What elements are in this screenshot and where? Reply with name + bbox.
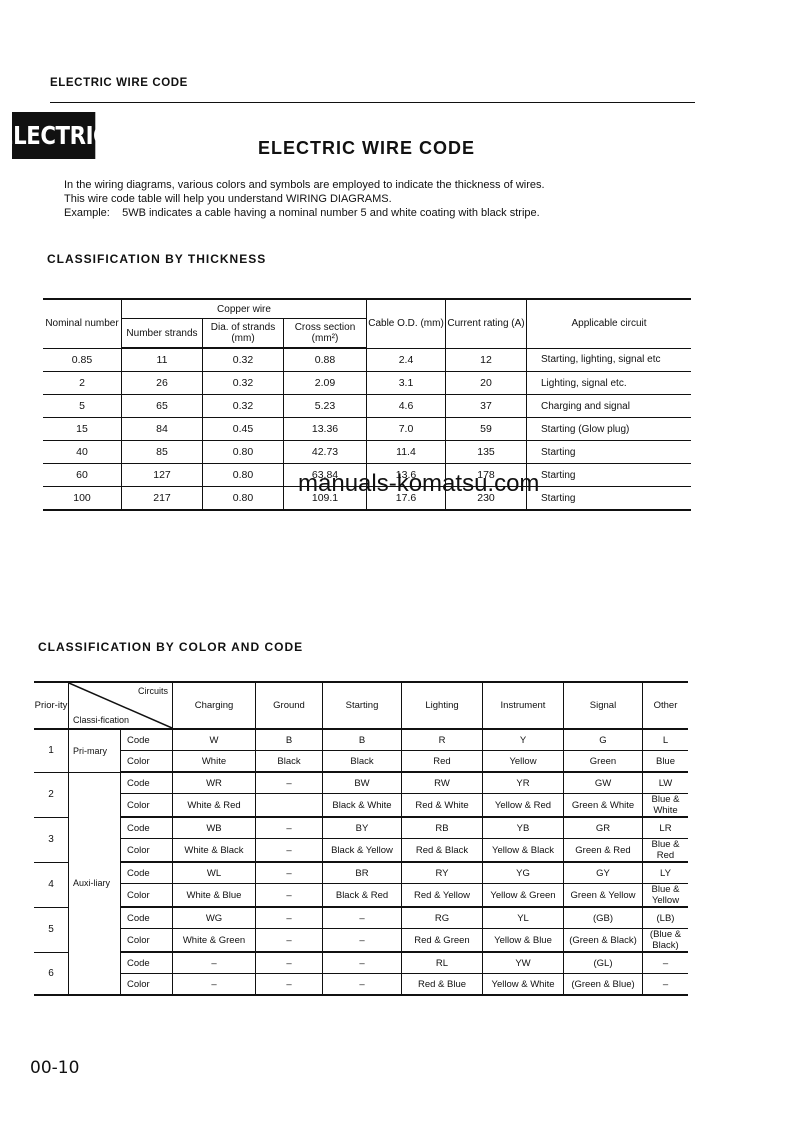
- cell-circuit: Starting: [527, 487, 692, 511]
- col-header-ground: Ground: [256, 682, 323, 729]
- cell-color: –: [323, 974, 402, 996]
- cell-color-label: Color: [121, 794, 173, 818]
- cell-color-label: Color: [121, 929, 173, 953]
- cell-color: Blue & Yellow: [643, 884, 689, 908]
- col-header-dia: Dia. of strands (mm): [203, 319, 284, 349]
- cell-color: Blue & White: [643, 794, 689, 818]
- cell-code: –: [256, 817, 323, 839]
- cell-code: LR: [643, 817, 689, 839]
- table-row: 15840.4513.367.059Starting (Glow plug): [43, 418, 691, 441]
- table-row: 1Pri-maryCodeWBBRYGL: [34, 729, 688, 751]
- cell-color: Red & Black: [402, 839, 483, 863]
- cell-current: 59: [446, 418, 527, 441]
- cell-code: GY: [564, 862, 643, 884]
- cell-dia: 0.32: [203, 348, 284, 372]
- intro-text: In the wiring diagrams, various colors a…: [64, 178, 545, 220]
- table-row: Color–––Red & BlueYellow & White(Green &…: [34, 974, 688, 996]
- cell-cross: 5.23: [284, 395, 367, 418]
- cell-color: Black: [323, 751, 402, 773]
- table-row: 40850.8042.7311.4135Starting: [43, 441, 691, 464]
- col-header-classification: Circuits Classi-fication: [69, 682, 173, 729]
- col-header-nominal: Nominal number: [43, 299, 122, 348]
- cell-color: Yellow & Black: [483, 839, 564, 863]
- cell-current: 37: [446, 395, 527, 418]
- cell-current: 12: [446, 348, 527, 372]
- cell-code-label: Code: [121, 862, 173, 884]
- cell-nominal: 0.85: [43, 348, 122, 372]
- cell-circuit: Charging and signal: [527, 395, 692, 418]
- cell-od: 7.0: [367, 418, 446, 441]
- cell-color: Green & Yellow: [564, 884, 643, 908]
- cell-code: YL: [483, 907, 564, 929]
- cell-code-label: Code: [121, 952, 173, 974]
- cell-color: (Green & Black): [564, 929, 643, 953]
- cell-color: –: [256, 839, 323, 863]
- cell-code: –: [643, 952, 689, 974]
- col-header-current: Current rating (A): [446, 299, 527, 348]
- cell-code: RG: [402, 907, 483, 929]
- cell-color: (Green & Blue): [564, 974, 643, 996]
- cell-color: White & Red: [173, 794, 256, 818]
- cell-code: GW: [564, 772, 643, 794]
- section-heading-color: CLASSIFICATION BY COLOR AND CODE: [38, 640, 303, 654]
- cell-code: YG: [483, 862, 564, 884]
- col-header-charging: Charging: [173, 682, 256, 729]
- cell-circuit: Starting, lighting, signal etc: [527, 348, 692, 372]
- cell-code: LW: [643, 772, 689, 794]
- cell-color: –: [323, 929, 402, 953]
- cell-priority: 1: [34, 729, 69, 772]
- cell-color: Green & Red: [564, 839, 643, 863]
- cell-code: RY: [402, 862, 483, 884]
- cell-color: Yellow & Blue: [483, 929, 564, 953]
- cell-color: Green & White: [564, 794, 643, 818]
- cell-code: RW: [402, 772, 483, 794]
- cell-color: [256, 794, 323, 818]
- col-header-instrument: Instrument: [483, 682, 564, 729]
- cell-code: YB: [483, 817, 564, 839]
- cell-code: (GL): [564, 952, 643, 974]
- cell-code-label: Code: [121, 772, 173, 794]
- col-header-priority: Prior-ity: [34, 682, 69, 729]
- table-row: 4CodeWL–BRRYYGGYLY: [34, 862, 688, 884]
- cell-classification-auxiliary: Auxi-liary: [69, 772, 121, 995]
- col-header-cross: Cross section (mm²): [284, 319, 367, 349]
- table-row: 3CodeWB–BYRBYBGRLR: [34, 817, 688, 839]
- cell-strands: 217: [122, 487, 203, 511]
- cell-code: (GB): [564, 907, 643, 929]
- cell-code-label: Code: [121, 907, 173, 929]
- col-header-starting: Starting: [323, 682, 402, 729]
- cell-color: –: [256, 884, 323, 908]
- cell-color: –: [256, 974, 323, 996]
- cell-code: WB: [173, 817, 256, 839]
- watermark: manuals-komatsu.com: [298, 470, 539, 498]
- cell-color: Red: [402, 751, 483, 773]
- cell-color: Green: [564, 751, 643, 773]
- cell-code: –: [256, 907, 323, 929]
- cell-circuit: Lighting, signal etc.: [527, 372, 692, 395]
- cell-code-label: Code: [121, 817, 173, 839]
- col-header-circuit: Applicable circuit: [527, 299, 692, 348]
- cell-color-label: Color: [121, 751, 173, 773]
- cell-nominal: 60: [43, 464, 122, 487]
- cell-nominal: 40: [43, 441, 122, 464]
- cell-code: –: [323, 952, 402, 974]
- classification-label: Classi-fication: [73, 715, 129, 725]
- cell-code: RB: [402, 817, 483, 839]
- cell-code: –: [173, 952, 256, 974]
- cell-color: Red & White: [402, 794, 483, 818]
- cell-current: 135: [446, 441, 527, 464]
- cell-code: R: [402, 729, 483, 751]
- cell-strands: 85: [122, 441, 203, 464]
- col-header-copper: Copper wire: [122, 299, 367, 319]
- header-rule: [50, 102, 695, 103]
- col-header-other: Other: [643, 682, 689, 729]
- cell-dia: 0.45: [203, 418, 284, 441]
- cell-od: 3.1: [367, 372, 446, 395]
- table-row: ColorWhite & Black–Black & YellowRed & B…: [34, 839, 688, 863]
- cell-priority: 2: [34, 772, 69, 817]
- cell-code: –: [256, 952, 323, 974]
- cell-color: Yellow & Green: [483, 884, 564, 908]
- cell-color: Yellow & Red: [483, 794, 564, 818]
- cell-color: White: [173, 751, 256, 773]
- cell-nominal: 15: [43, 418, 122, 441]
- cell-cross: 2.09: [284, 372, 367, 395]
- table-row: 0.85110.320.882.412Starting, lighting, s…: [43, 348, 691, 372]
- cell-color-label: Color: [121, 839, 173, 863]
- section-heading-thickness: CLASSIFICATION BY THICKNESS: [47, 252, 266, 266]
- table-row: ColorWhite & RedBlack & WhiteRed & White…: [34, 794, 688, 818]
- cell-color: Red & Green: [402, 929, 483, 953]
- cell-priority: 4: [34, 862, 69, 907]
- cell-code: B: [323, 729, 402, 751]
- cell-strands: 26: [122, 372, 203, 395]
- cell-code: BY: [323, 817, 402, 839]
- cell-nominal: 5: [43, 395, 122, 418]
- cell-code: BW: [323, 772, 402, 794]
- cell-code: B: [256, 729, 323, 751]
- cell-od: 11.4: [367, 441, 446, 464]
- page-title: ELECTRIC WIRE CODE: [258, 138, 475, 159]
- cell-code: WL: [173, 862, 256, 884]
- cell-code: –: [323, 907, 402, 929]
- cell-code: –: [256, 862, 323, 884]
- cell-code: G: [564, 729, 643, 751]
- cell-color: Black & White: [323, 794, 402, 818]
- cell-color: –: [643, 974, 689, 996]
- intro-line: In the wiring diagrams, various colors a…: [64, 178, 545, 192]
- cell-code: LY: [643, 862, 689, 884]
- table-row: 2Auxi-liaryCodeWR–BWRWYRGWLW: [34, 772, 688, 794]
- cell-dia: 0.80: [203, 441, 284, 464]
- cell-code: W: [173, 729, 256, 751]
- intro-line: This wire code table will help you under…: [64, 192, 545, 206]
- cell-color: Yellow: [483, 751, 564, 773]
- table-row: 2260.322.093.120Lighting, signal etc.: [43, 372, 691, 395]
- cell-dia: 0.80: [203, 487, 284, 511]
- cell-strands: 11: [122, 348, 203, 372]
- cell-circuit: Starting: [527, 464, 692, 487]
- cell-code: WG: [173, 907, 256, 929]
- col-header-od: Cable O.D. (mm): [367, 299, 446, 348]
- cell-circuit: Starting (Glow plug): [527, 418, 692, 441]
- cell-code: GR: [564, 817, 643, 839]
- page-number: 00-10: [30, 1058, 79, 1078]
- table-row: 5650.325.234.637Charging and signal: [43, 395, 691, 418]
- cell-code-label: Code: [121, 729, 173, 751]
- intro-line: Example: 5WB indicates a cable having a …: [64, 206, 545, 220]
- section-tab: ELECTRIC: [12, 112, 95, 159]
- cell-color: Blue: [643, 751, 689, 773]
- table-row: ColorWhite & Green––Red & GreenYellow & …: [34, 929, 688, 953]
- cell-code: RL: [402, 952, 483, 974]
- cell-color: White & Black: [173, 839, 256, 863]
- cell-current: 20: [446, 372, 527, 395]
- cell-cross: 13.36: [284, 418, 367, 441]
- cell-color: Yellow & White: [483, 974, 564, 996]
- cell-priority: 5: [34, 907, 69, 952]
- cell-code: BR: [323, 862, 402, 884]
- cell-cross: 0.88: [284, 348, 367, 372]
- cell-color-label: Color: [121, 884, 173, 908]
- cell-dia: 0.80: [203, 464, 284, 487]
- cell-dia: 0.32: [203, 395, 284, 418]
- cell-color: White & Green: [173, 929, 256, 953]
- cell-strands: 127: [122, 464, 203, 487]
- cell-color: Red & Yellow: [402, 884, 483, 908]
- table-row: 6Code–––RLYW(GL)–: [34, 952, 688, 974]
- cell-color: Black: [256, 751, 323, 773]
- cell-priority: 3: [34, 817, 69, 862]
- cell-color: Blue & Red: [643, 839, 689, 863]
- cell-cross: 42.73: [284, 441, 367, 464]
- table-row: 5CodeWG––RGYL(GB)(LB): [34, 907, 688, 929]
- cell-color: –: [256, 929, 323, 953]
- cell-code: (LB): [643, 907, 689, 929]
- cell-strands: 65: [122, 395, 203, 418]
- cell-dia: 0.32: [203, 372, 284, 395]
- cell-code: YR: [483, 772, 564, 794]
- cell-strands: 84: [122, 418, 203, 441]
- col-header-strands: Number strands: [122, 319, 203, 349]
- cell-color: White & Blue: [173, 884, 256, 908]
- cell-priority: 6: [34, 952, 69, 995]
- cell-color-label: Color: [121, 974, 173, 996]
- cell-od: 4.6: [367, 395, 446, 418]
- table-row: ColorWhiteBlackBlackRedYellowGreenBlue: [34, 751, 688, 773]
- table-row: ColorWhite & Blue–Black & RedRed & Yello…: [34, 884, 688, 908]
- col-header-lighting: Lighting: [402, 682, 483, 729]
- cell-od: 2.4: [367, 348, 446, 372]
- circuits-label: Circuits: [138, 686, 168, 696]
- col-header-signal: Signal: [564, 682, 643, 729]
- cell-code: WR: [173, 772, 256, 794]
- cell-code: Y: [483, 729, 564, 751]
- cell-code: –: [256, 772, 323, 794]
- cell-nominal: 2: [43, 372, 122, 395]
- cell-color: Black & Yellow: [323, 839, 402, 863]
- cell-circuit: Starting: [527, 441, 692, 464]
- cell-code: L: [643, 729, 689, 751]
- cell-color: Red & Blue: [402, 974, 483, 996]
- cell-code: YW: [483, 952, 564, 974]
- cell-color: –: [173, 974, 256, 996]
- cell-nominal: 100: [43, 487, 122, 511]
- cell-color: (Blue & Black): [643, 929, 689, 953]
- color-code-table: Prior-ity Circuits Classi-fication Charg…: [34, 681, 688, 996]
- cell-classification-primary: Pri-mary: [69, 729, 121, 772]
- running-head: ELECTRIC WIRE CODE: [50, 77, 188, 89]
- cell-color: Black & Red: [323, 884, 402, 908]
